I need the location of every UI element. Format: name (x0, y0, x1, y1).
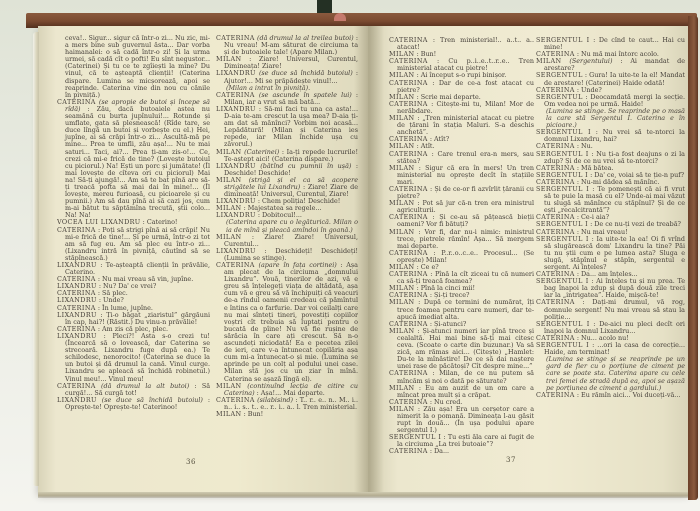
bookmark-ribbon (334, 13, 346, 21)
inline-stage-direction: (silabisind) (255, 396, 293, 404)
speaker-name: CATERINA (389, 270, 428, 278)
stage-direction: (Lumina se stinge și se reaprinde pe un … (546, 356, 685, 391)
speaker-name: CATERINA (216, 35, 255, 42)
dialogue-line: SERGENTUL I : Nu ți-a fost deajuns o zi … (544, 151, 685, 165)
speaker-name: MILAN (216, 55, 242, 63)
dialogue-line: CATERINA (silabisind) : T.. r.. e.. n.. … (224, 397, 358, 411)
dialogue-line: MILAN : „Tren ministerial atacat cu piet… (397, 115, 534, 136)
dialogue-line: CATERINA : Da... (397, 448, 534, 455)
speaker-name: MILAN (389, 164, 415, 172)
inline-stage-direction: (se duce să închidă butoiul) (97, 396, 203, 404)
inline-stage-direction: (bătînd cu pumnii în ușă) (256, 162, 352, 170)
dialogue-line: LIXANDRU : Te-așteaptă clienții în prăvă… (65, 262, 210, 276)
book-cover-right-edge (688, 16, 698, 500)
dialogue-line: CATERINA (dă drumul la al treilea butoi)… (224, 35, 358, 56)
speaker-name: MILAN (536, 57, 562, 65)
dialogue-line: SERGENTUL : Deocamdată mergi la secție. … (544, 94, 685, 108)
dialogue-line: CATERINA : Și ce-au să pățească bieții o… (397, 214, 534, 228)
speaker-name: MILAN (216, 148, 242, 156)
speaker-name: MILAN (389, 228, 415, 236)
speaker-name: MILAN (389, 114, 415, 122)
dialogue-line: MILAN : Bun! (224, 411, 358, 418)
speaker-name: CATERINA (389, 249, 428, 257)
dialogue-line: CATERINA : Poți să strigi pînă ai să cră… (65, 227, 210, 262)
dialogue-line: CATERINA : Tren ministerial!.. a..t.. a.… (397, 37, 534, 51)
speaker-name: MILAN (389, 327, 415, 335)
dialogue-line: LIXANDRU : Să-mi faci tu una ca asta!...… (224, 106, 358, 149)
dialogue-line: SERGENTUL I : Ai înțeles tu și nu prea. … (544, 278, 685, 299)
dialogue-line: CATERINA : P..r..o..c..e.. Procesul... (… (397, 250, 534, 264)
speaker-name: CATERINA (536, 391, 575, 399)
inline-stage-direction: (apare în fața cortinei) (255, 261, 337, 269)
stage-direction: (Lumina se stinge. Se reaprinde pe o mas… (546, 108, 685, 129)
speaker-name: SERGENTUL I (389, 433, 441, 441)
dialogue-line: LIXANDRU (se duce să închidă butoiul) : … (224, 70, 358, 84)
speaker-name: CATERINA (57, 226, 96, 234)
inline-stage-direction: (se duce să închidă butoiul) (256, 69, 353, 77)
speaker-name: SERGENTUL I (536, 37, 590, 44)
speaker-name: CATERINA (389, 150, 428, 158)
inline-stage-direction: (dă drumul la al treilea butoi) (255, 35, 354, 42)
dialogue-continuation: ceva!.. Sigur... sigur că într-o zi... N… (65, 35, 210, 99)
speaker-name: MILAN (389, 405, 415, 413)
left-page-column-1: ceva!.. Sigur... sigur că într-o zi... N… (57, 35, 210, 459)
right-page-column-2: SERGENTUL I : De cînd te caut... Hai cu … (536, 37, 685, 455)
speaker-name: CATERINA (389, 447, 428, 455)
speaker-name: CATERINA (389, 100, 428, 108)
dialogue-line: LIXANDRU : Pleci?! Asta s-o crezi tu! (Î… (65, 333, 210, 383)
dialogue-line: LIXANDRU (bătînd cu pumnii în ușă) : Des… (224, 163, 358, 177)
dialogue-line: CATERINA : Citește-mi tu, Milan! Mor de … (397, 101, 534, 115)
speaker-name: CATERINA (389, 369, 428, 377)
dialogue-line: LIXANDRU (se duce să închidă butoiul) : … (65, 397, 210, 411)
dialogue-line: MILAN : Eu am auzit de un om care a mînc… (397, 385, 534, 399)
inline-stage-direction: (continuînd lecția de citire cu Caterina… (224, 382, 358, 397)
speaker-name: SERGENTUL I (536, 277, 589, 285)
speaker-name: SERGENTUL I (536, 235, 589, 243)
dialogue-line: MILAN (Sergentului) : Ai mandat de arest… (544, 58, 685, 72)
dialogue-line: CATERINA : Și de ce-or fi azvîrlit țăran… (397, 186, 534, 200)
speaker-name: CATERINA (389, 213, 428, 221)
dialogue-line: CATERINA : Dar de ce-a fost atacat cu pi… (397, 80, 534, 94)
dialogue-line: CATERINA : Pînă la cît ziceai tu că nume… (397, 271, 534, 285)
speaker-name: LIXANDRU (57, 332, 97, 340)
speaker-name: MILAN (216, 410, 242, 418)
speaker-name: LIXANDRU (216, 162, 256, 170)
right-page-column-1: CATERINA : Tren ministerial!.. a..t.. a.… (389, 37, 534, 455)
dialogue-line: SERGENTUL I : Ia uite-te la ea! Oi fi vr… (544, 236, 685, 271)
dialogue-line: MILAN : Și-atunci numeri iar pînă trece … (397, 328, 534, 371)
speaker-name: LIXANDRU (216, 105, 256, 113)
speaker-name: CATERINA (389, 185, 428, 193)
speaker-name: SERGENTUL I (536, 320, 590, 328)
dialogue-line: CATERINA (apare în fața cortinei) : Așa … (224, 262, 358, 383)
speaker-name: SERGENTUL (536, 93, 583, 101)
dialogue-line: SERGENTUL I : De cînd te caut... Hai cu … (544, 37, 685, 51)
page-number-left: 36 (186, 458, 196, 466)
speaker-name: LIXANDRU (57, 311, 97, 319)
dialogue-line: MILAN (strigă și el ca să acopere strigă… (224, 177, 358, 198)
speaker-name: CATERINA (389, 79, 428, 87)
speaker-name: SERGENTUL I (536, 185, 589, 193)
speaker-name: SERGENTUL I (536, 128, 591, 136)
dialogue-line: SERGENTUL I : De-aici nu pleci decît ori… (544, 321, 685, 335)
speaker-name: MILAN (216, 233, 242, 241)
dialogue-line: CATERINA : Cu p..i..e..t..r..e.. Tren mi… (397, 58, 534, 72)
dialogue-line: CATERINA (se ascunde în spatele lui) : M… (224, 92, 358, 106)
speaker-name: MILAN (389, 199, 415, 207)
speaker-name: CATERINA (389, 37, 428, 44)
speaker-name: CATERINA (536, 298, 575, 306)
dialogue-line: LIXANDRU : Ți-o băgat „ziaristul” gărgău… (65, 312, 210, 326)
speaker-name: LIXANDRU (57, 396, 97, 404)
speaker-name: CATERINA (57, 382, 96, 390)
dialogue-line: MILAN (Caterinei) : Ia-ți repede lucruri… (224, 149, 358, 163)
speaker-name: CATERINA (216, 261, 255, 269)
dialogue-line: MILAN (continuînd lecția de citire cu Ca… (224, 383, 358, 397)
spine-gap (317, 0, 332, 14)
speaker-name: LIXANDRU (216, 247, 256, 255)
speaker-name: CATERINA (389, 57, 428, 65)
book-gutter-shadow (354, 26, 384, 492)
inline-stage-direction: (strigă și el ca să acopere strigătele l… (224, 176, 358, 191)
speaker-name: SERGENTUL (536, 71, 583, 79)
inline-stage-direction: (Caterinei) (242, 148, 280, 156)
speaker-name: CATERINA (216, 396, 255, 404)
dialogue-line: CATERINA (se apropie de butoi și începe … (65, 99, 210, 220)
dialogue-line: MILAN : Ziare! Ziare! Universul, Curentu… (224, 234, 358, 248)
dialogue-line: CATERINA : Dați-mi drumul, vă rog, domnu… (544, 299, 685, 320)
dialogue-line: CATERINA : Eu rămîn aici... Voi duceți-v… (544, 392, 685, 399)
page-bottom-edge (38, 492, 688, 498)
dialogue-line: CATERINA (dă drumul la alt butoi) : Să c… (65, 383, 210, 397)
dialogue-line: SERGENTUL I : Nu vrei să te-ntorci la do… (544, 129, 685, 143)
photo-background: ceva!.. Sigur... sigur că într-o zi... N… (0, 0, 700, 511)
dialogue-line: SERGENTUL I : Te pomenești că ai fi vrut… (544, 186, 685, 214)
dialogue-line: MILAN : După ce termini de numărat, îți … (397, 299, 534, 320)
dialogue-line: SERGENTUL : Gura! Ia uite-te la el! Mand… (544, 72, 685, 86)
stage-direction: (Caterina apare cu o legăturică. Milan o… (226, 219, 358, 233)
dialogue-line: SERGENTUL I : Tu ești ăla care ai fugit … (397, 434, 534, 448)
speaker-name: MILAN (389, 298, 415, 306)
dialogue-line: SERGENTUL I : ...ori la casa de corecție… (544, 342, 685, 356)
inline-stage-direction: (dă drumul la alt butoi) (96, 382, 189, 390)
dialogue-line: MILAN : Sigur că era în mers! Un tren mi… (397, 165, 534, 186)
page-number-right: 37 (506, 456, 516, 464)
inline-stage-direction: (Sergentului) (562, 57, 613, 65)
speaker-name: LIXANDRU (216, 69, 256, 77)
dialogue-line: MILAN : Zău așa! Era un cerșetor care a … (397, 406, 534, 434)
dialogue-line: MILAN : Vor fi, dar nu-i nimic: ministru… (397, 229, 534, 250)
dialogue-line: MILAN : Pot să jur că-n tren era ministr… (397, 200, 534, 214)
dialogue-line: LIXANDRU : Deschideți! Deschideți! (Lumi… (224, 248, 358, 262)
left-page-column-2: CATERINA (dă drumul la al treilea butoi)… (216, 35, 358, 459)
dialogue-line: MILAN : Ziare! Universul, Curentul, Dimi… (224, 56, 358, 70)
speaker-name: SERGENTUL I (536, 341, 589, 349)
speaker-name: CATERINA (216, 91, 255, 99)
page-fore-edge-left (33, 32, 39, 486)
inline-stage-direction: (se ascunde în spatele lui) (255, 91, 352, 99)
dialogue-line: CATERINA : Care trenul era-n mers, sau s… (397, 151, 534, 165)
speaker-name: MILAN (389, 384, 415, 392)
speaker-name: LIXANDRU (57, 261, 97, 269)
dialogue-line: CATERINA : Milan, de ce nu putem să mînc… (397, 370, 534, 384)
speaker-name: SERGENTUL I (536, 150, 589, 158)
